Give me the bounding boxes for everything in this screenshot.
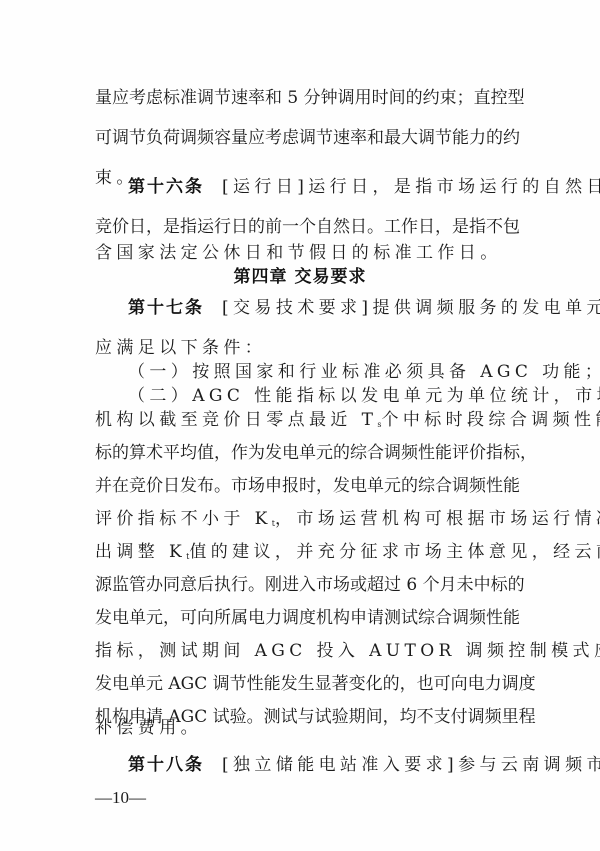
- text-line: 补偿费用。: [95, 718, 511, 738]
- chapter-heading: 第四章 交易要求: [0, 262, 600, 287]
- article-18-title: 第十八条: [128, 755, 204, 775]
- article-17-text: [交易技术要求]提供调频服务的发电单元: [222, 298, 600, 318]
- text-line: 可调节负荷调频容量应考虑调节速率和最大调节能力的约: [95, 128, 511, 148]
- text-line: 源监管办同意后执行。刚进入市场或超过 6 个月未中标的: [95, 575, 511, 595]
- text-line: 指标，测试期间 AGC 投入 AUTOR 调频控制模式应达 Ts小时；: [95, 641, 511, 666]
- text-line: 机构以截至竞价日零点最近 Ts个中标时段综合调频性能指: [95, 410, 511, 435]
- text-line: 发电单元，可向所属电力调度机构申请测试综合调频性能: [95, 608, 511, 628]
- text-line: 标的算术平均值，作为发电单元的综合调频性能评价指标，: [95, 443, 511, 463]
- text-line: 含国家法定公休日和节假日的标准工作日。: [95, 243, 511, 263]
- text-line: 量应考虑标准调节速率和 5 分钟调用时间的约束；直控型: [95, 88, 511, 108]
- item-2-first-line: （二）AGC 性能指标以发电单元为单位统计，市场运营: [128, 386, 511, 406]
- text-line: 评价指标不小于 Kt，市场运营机构可根据市场运行情况提: [95, 509, 511, 534]
- article-16-text: [运行日]运行日，是指市场运行的自然日；: [222, 177, 600, 197]
- text-line: 竞价日，是指运行日的前一个自然日。工作日，是指不包: [95, 217, 511, 237]
- article-16-first-line: 第十六条[运行日]运行日，是指市场运行的自然日；: [128, 177, 511, 197]
- document-page: 量应考虑标准调节速率和 5 分钟调用时间的约束；直控型 可调节负荷调频容量应考虑…: [0, 0, 600, 851]
- page-number: —10—: [95, 788, 146, 808]
- text-line: 应满足以下条件：: [95, 338, 511, 358]
- text-line: 发电单元 AGC 调节性能发生显著变化的，也可向电力调度: [95, 674, 511, 694]
- article-17-first-line: 第十七条[交易技术要求]提供调频服务的发电单元: [128, 298, 511, 318]
- text-line: 出调整 Kt值的建议，并充分征求市场主体意见，经云南能: [95, 542, 511, 567]
- article-18-text: [独立储能电站准入要求]参与云南调频市: [222, 755, 600, 775]
- text-line: 并在竞价日发布。市场申报时，发电单元的综合调频性能: [95, 476, 511, 496]
- article-18-first-line: 第十八条[独立储能电站准入要求]参与云南调频市: [128, 755, 511, 775]
- article-17-title: 第十七条: [128, 298, 204, 318]
- article-16-title: 第十六条: [128, 177, 204, 197]
- item-1: （一）按照国家和行业标准必须具备 AGC 功能；: [128, 362, 511, 382]
